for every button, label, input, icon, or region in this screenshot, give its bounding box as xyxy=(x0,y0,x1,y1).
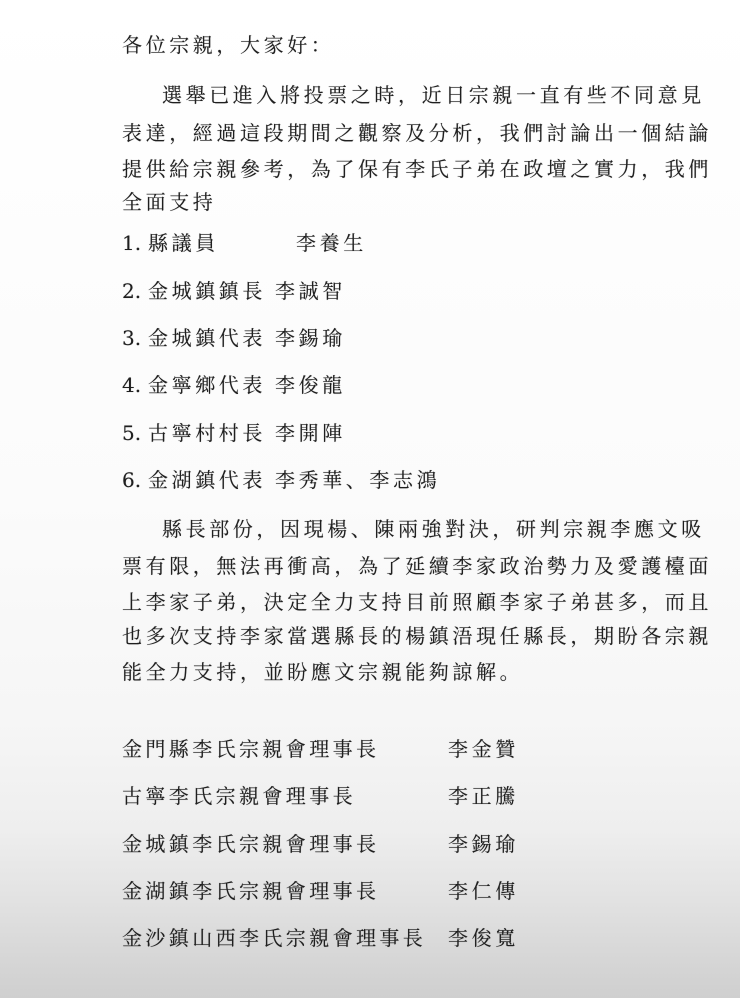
paragraph-line: 上李家子弟，決定全力支持目前照顧李家子弟甚多，而且 xyxy=(122,590,712,614)
endorsement-item: 3.金城鎮代表李錫瑜 xyxy=(122,326,346,350)
signatory-organization: 金門縣李氏宗親會理事長 xyxy=(122,737,448,761)
signatory-organization: 金沙鎮山西李氏宗親會理事長 xyxy=(122,926,448,950)
item-number: 4. xyxy=(122,373,148,397)
signatory-organization: 金湖鎮李氏宗親會理事長 xyxy=(122,879,448,903)
signatory-row: 古寧李氏宗親會理事長李正騰 xyxy=(122,784,519,808)
item-candidates: 李開陣 xyxy=(275,421,346,445)
item-candidates: 李錫瑜 xyxy=(275,326,346,350)
item-candidates: 李誠智 xyxy=(275,279,346,303)
paragraph-line: 也多次支持李家當選縣長的楊鎮浯現任縣長，期盼各宗親 xyxy=(122,624,712,648)
item-position: 金城鎮代表 xyxy=(148,326,275,350)
endorsement-item: 5.古寧村村長李開陣 xyxy=(122,421,346,445)
item-number: 1. xyxy=(122,231,148,255)
signatory-row: 金城鎮李氏宗親會理事長李錫瑜 xyxy=(122,832,519,856)
item-number: 6. xyxy=(122,468,148,492)
item-position: 古寧村村長 xyxy=(148,421,275,445)
paragraph-line: 票有限，無法再衝高，為了延續李家政治勢力及愛護檯面 xyxy=(122,554,712,578)
endorsement-item: 2.金城鎮鎮長李誠智 xyxy=(122,279,346,303)
item-position: 金湖鎮代表 xyxy=(148,468,275,492)
greeting: 各位宗親，大家好： xyxy=(122,33,334,57)
paragraph-line: 表達，經過這段期間之觀察及分析，我們討論出一個結論 xyxy=(122,121,712,145)
item-candidates: 李秀華、李志鴻 xyxy=(275,468,440,492)
item-position: 金城鎮鎮長 xyxy=(148,279,275,303)
signatory-name: 李仁傳 xyxy=(448,879,519,903)
signatory-name: 李金贊 xyxy=(448,737,519,761)
item-number: 5. xyxy=(122,421,148,445)
paragraph-line: 選舉已進入將投票之時，近日宗親一直有些不同意見 xyxy=(162,83,705,107)
item-number: 2. xyxy=(122,279,148,303)
endorsement-item: 6.金湖鎮代表李秀華、李志鴻 xyxy=(122,468,440,492)
paragraph-line: 能全力支持，並盼應文宗親能夠諒解。 xyxy=(122,660,523,684)
signatory-row: 金湖鎮李氏宗親會理事長李仁傳 xyxy=(122,879,519,903)
item-candidates: 李養生 xyxy=(296,231,367,255)
signatory-name: 李錫瑜 xyxy=(448,832,519,856)
item-candidates: 李俊龍 xyxy=(275,373,346,397)
signatory-name: 李正騰 xyxy=(448,784,519,808)
item-position: 金寧鄉代表 xyxy=(148,373,275,397)
paragraph-line: 全面支持 xyxy=(122,190,216,214)
signatory-row: 金沙鎮山西李氏宗親會理事長李俊寬 xyxy=(122,926,519,950)
signatory-name: 李俊寬 xyxy=(448,926,519,950)
letter-page: 各位宗親，大家好： 選舉已進入將投票之時，近日宗親一直有些不同意見 表達，經過這… xyxy=(0,0,740,998)
item-number: 3. xyxy=(122,326,148,350)
item-position: 縣議員 xyxy=(148,231,296,255)
paragraph-line: 提供給宗親參考，為了保有李氏子弟在政壇之實力，我們 xyxy=(122,157,712,181)
signatory-row: 金門縣李氏宗親會理事長李金贊 xyxy=(122,737,519,761)
paragraph-line: 縣長部份，因現楊、陳兩強對決，研判宗親李應文吸 xyxy=(162,517,705,541)
signatory-organization: 金城鎮李氏宗親會理事長 xyxy=(122,832,448,856)
signatory-organization: 古寧李氏宗親會理事長 xyxy=(122,784,448,808)
endorsement-item: 4.金寧鄉代表李俊龍 xyxy=(122,373,346,397)
endorsement-item: 1.縣議員李養生 xyxy=(122,231,367,255)
